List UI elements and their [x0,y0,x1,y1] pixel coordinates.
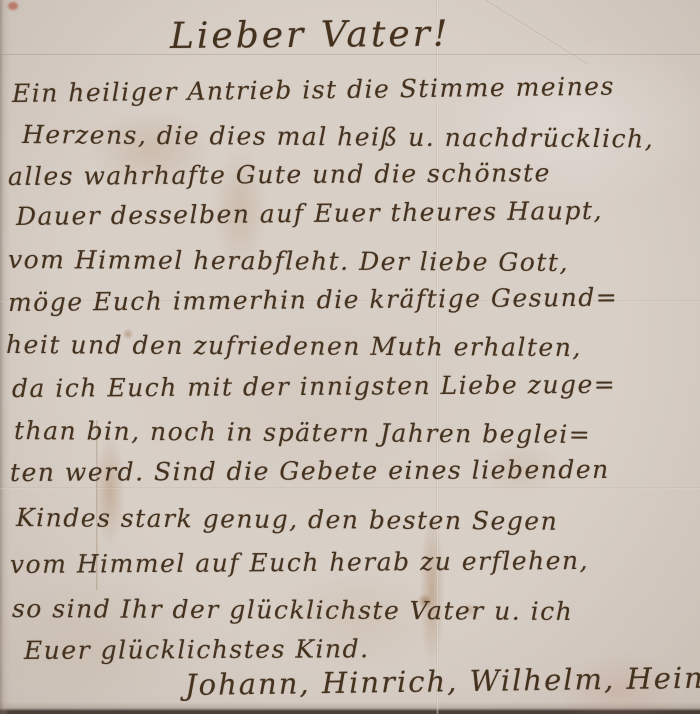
signature-line: Johann, Hinrich, Wilhelm, Heins [185,661,700,702]
salutation: Lieber Vater! [170,14,451,57]
letter-line: möge Euch immerhin die kräftige Gesund= [8,283,618,317]
letter-line: so sind Ihr der glücklichste Vater u. ic… [12,594,573,626]
red-ink-spot [8,2,18,10]
letter-line: da ich Euch mit der innigsten Liebe zuge… [12,370,616,403]
letter-line: Ein heiliger Antrieb ist die Stimme mein… [12,72,615,108]
letter-line: ten werd. Sind die Gebete eines liebende… [10,455,610,487]
letter-line: vom Himmel auf Euch herab zu erflehen, [10,546,589,579]
letter-line: Euer glücklichstes Kind. [24,634,370,665]
diagonal-corner-crease [469,0,589,66]
letter-scan: Lieber Vater! Ein heiliger Antrieb ist d… [0,0,700,714]
letter-line: Herzens, die dies mal heiß u. nachdrückl… [22,120,654,153]
letter-line: than bin, noch in spätern Jahren beglei= [14,416,591,449]
horizontal-fold-crease [0,487,700,489]
letter-line: heit und den zufriedenen Muth erhalten, [6,330,582,362]
letter-line: vom Himmel herabfleht. Der liebe Gott, [8,245,569,277]
letter-line: Kindes stark genug, den besten Segen [16,503,558,536]
letter-line: alles wahrhafte Gute und die schönste [8,158,551,191]
letter-line: Dauer desselben auf Euer theures Haupt, [16,196,603,231]
